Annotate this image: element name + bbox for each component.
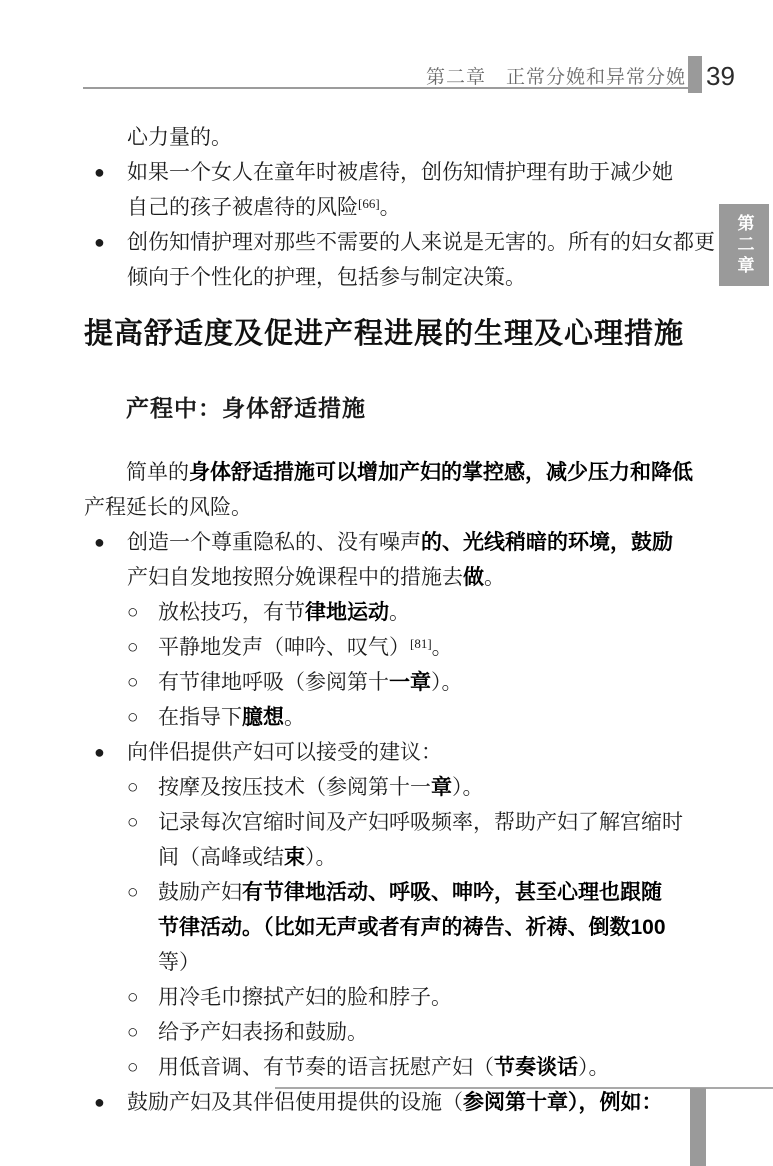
emphasis-text: 臆想 [242, 706, 284, 729]
circle-bullet-icon: ○ [127, 630, 138, 665]
body-text: 。 [389, 600, 410, 624]
body-text: 记录每次宫缩时间及产妇呼吸频率，帮助产妇了解宫缩时 [158, 810, 683, 834]
disc-bullet-icon: ● [94, 1085, 105, 1120]
text-line: 间（高峰或结束）。 [84, 840, 699, 875]
emphasis-text: 身体舒适措施可以增加产妇的掌控感，减少压力和降低 [189, 461, 693, 484]
text-line: 产妇自发地按照分娩课程中的措施去做。 [84, 560, 699, 595]
body-text: ）。 [578, 1055, 610, 1079]
text-line: ○用冷毛巾擦拭产妇的脸和脖子。 [84, 980, 699, 1015]
body-text: 如果一个女人在童年时被虐待，创伤知情护理有助于减少她 [127, 160, 673, 184]
text-line: 节律活动。（比如无声或者有声的祷告、祈祷、倒数100 [84, 910, 699, 945]
text-line: ●向伴侣提供产妇可以接受的建议： [84, 735, 699, 770]
body-text: 简单的 [126, 460, 189, 484]
circle-bullet-icon: ○ [127, 875, 138, 910]
footer-gray-bar [690, 1088, 706, 1166]
chapter-side-tab-label: 第二章 [732, 214, 757, 277]
circle-bullet-icon: ○ [127, 980, 138, 1015]
disc-bullet-icon: ● [94, 155, 105, 190]
body-text: 在指导下 [158, 705, 242, 729]
body-text: 有节律地呼吸（参阅第十 [158, 670, 389, 694]
body-text: 自己的孩子被虐待的风险 [127, 195, 358, 219]
body-text: 向伴侣提供产妇可以接受的建议： [127, 740, 442, 764]
sub-heading: 产程中：身体舒适措施 [84, 393, 699, 423]
body-text: 平静地发声（呻吟、叹气） [158, 635, 410, 659]
body-text: 。 [284, 705, 305, 729]
body-text: 。 [380, 195, 401, 219]
body-text: 间（高峰或结 [158, 845, 284, 869]
emphasis-text: 的、光线稍暗的环境，鼓励 [421, 531, 673, 554]
body-text: 给予产妇表扬和鼓励。 [158, 1020, 368, 1044]
body-text: ）。 [452, 775, 484, 799]
running-header-chapter-title: 第二章 正常分娩和异常分娩 [426, 62, 686, 89]
body-text: 用低音调、有节奏的语言抚慰产妇（ [158, 1055, 494, 1079]
emphasis-text: 章 [431, 776, 452, 799]
page-content: 心力量的。●如果一个女人在童年时被虐待，创伤知情护理有助于减少她自己的孩子被虐待… [84, 120, 699, 1120]
body-text: 倾向于个性化的护理，包括参与制定决策。 [127, 265, 526, 289]
top-paragraph-block: 心力量的。●如果一个女人在童年时被虐待，创伤知情护理有助于减少她自己的孩子被虐待… [84, 120, 699, 295]
text-line: ○有节律地呼吸（参阅第十一章）。 [84, 665, 699, 700]
body-text: 鼓励产妇 [158, 880, 242, 904]
circle-bullet-icon: ○ [127, 805, 138, 840]
circle-bullet-icon: ○ [127, 1050, 138, 1085]
body-text: 创造一个尊重隐私的、没有噪声 [127, 530, 421, 554]
text-line: ●鼓励产妇及其伴侣使用提供的设施（参阅第十章），例如： [84, 1085, 699, 1120]
body-text: 用冷毛巾擦拭产妇的脸和脖子。 [158, 985, 452, 1009]
emphasis-text: 有节律地活动、呼吸、呻吟，甚至心理也跟随 [242, 881, 662, 904]
emphasis-text: 束 [284, 846, 305, 869]
body-text: 产妇自发地按照分娩课程中的措施去 [127, 565, 463, 589]
text-line: ○鼓励产妇有节律地活动、呼吸、呻吟，甚至心理也跟随 [84, 875, 699, 910]
text-line: ●创造一个尊重隐私的、没有噪声的、光线稍暗的环境，鼓励 [84, 525, 699, 560]
body-text: 放松技巧，有节 [158, 600, 305, 624]
circle-bullet-icon: ○ [127, 770, 138, 805]
text-line: 倾向于个性化的护理，包括参与制定决策。 [84, 260, 699, 295]
emphasis-text: 节律活动。（比如无声或者有声的祷告、祈祷、倒数100 [158, 916, 666, 939]
text-line: ○用低音调、有节奏的语言抚慰产妇（节奏谈话）。 [84, 1050, 699, 1085]
circle-bullet-icon: ○ [127, 1015, 138, 1050]
text-line: ○按摩及按压技术（参阅第十一章）。 [84, 770, 699, 805]
circle-bullet-icon: ○ [127, 700, 138, 735]
text-line: ○在指导下臆想。 [84, 700, 699, 735]
emphasis-text: 一章 [389, 671, 431, 694]
emphasis-text: 参阅第十章），例如： [463, 1091, 663, 1114]
emphasis-text: 律地运动 [305, 601, 389, 624]
header-gray-block [688, 56, 702, 93]
text-line: 产程延长的风险。 [84, 490, 699, 525]
text-line: ○放松技巧，有节律地运动。 [84, 595, 699, 630]
body-text: 鼓励产妇及其伴侣使用提供的设施（ [127, 1090, 463, 1114]
reference-superscript: [66] [358, 196, 380, 211]
chapter-side-tab: 第二章 [719, 204, 769, 286]
text-line: ●创伤知情护理对那些不需要的人来说是无害的。所有的妇女都更 [84, 225, 699, 260]
body-text: 。 [432, 635, 453, 659]
header-rule [83, 87, 688, 89]
body-text: 产程延长的风险。 [84, 495, 252, 519]
page-number: 39 [706, 61, 735, 92]
circle-bullet-icon: ○ [127, 595, 138, 630]
disc-bullet-icon: ● [94, 525, 105, 560]
body-text-block: 简单的身体舒适措施可以增加产妇的掌控感，减少压力和降低产程延长的风险。●创造一个… [84, 455, 699, 1120]
emphasis-text: 做 [463, 566, 484, 589]
text-line: 等） [84, 945, 699, 980]
text-line: 简单的身体舒适措施可以增加产妇的掌控感，减少压力和降低 [84, 455, 699, 490]
body-text: 心力量的。 [127, 125, 232, 149]
text-line: ○平静地发声（呻吟、叹气）[81]。 [84, 630, 699, 665]
text-line: 自己的孩子被虐待的风险[66]。 [84, 190, 699, 225]
circle-bullet-icon: ○ [127, 665, 138, 700]
reference-superscript: [81] [410, 636, 432, 651]
body-text: 。 [484, 565, 505, 589]
text-line: 心力量的。 [84, 120, 699, 155]
text-line: ○给予产妇表扬和鼓励。 [84, 1015, 699, 1050]
body-text: 等） [158, 950, 200, 974]
disc-bullet-icon: ● [94, 735, 105, 770]
body-text: 按摩及按压技术（参阅第十一 [158, 775, 431, 799]
text-line: ●如果一个女人在童年时被虐待，创伤知情护理有助于减少她 [84, 155, 699, 190]
emphasis-text: 节奏谈话 [494, 1056, 578, 1079]
text-line: ○记录每次宫缩时间及产妇呼吸频率，帮助产妇了解宫缩时 [84, 805, 699, 840]
disc-bullet-icon: ● [94, 225, 105, 260]
body-text: ）。 [305, 845, 337, 869]
body-text: 创伤知情护理对那些不需要的人来说是无害的。所有的妇女都更 [127, 230, 715, 254]
section-heading: 提高舒适度及促进产程进展的生理及心理措施 [84, 313, 699, 355]
body-text: ）。 [431, 670, 463, 694]
